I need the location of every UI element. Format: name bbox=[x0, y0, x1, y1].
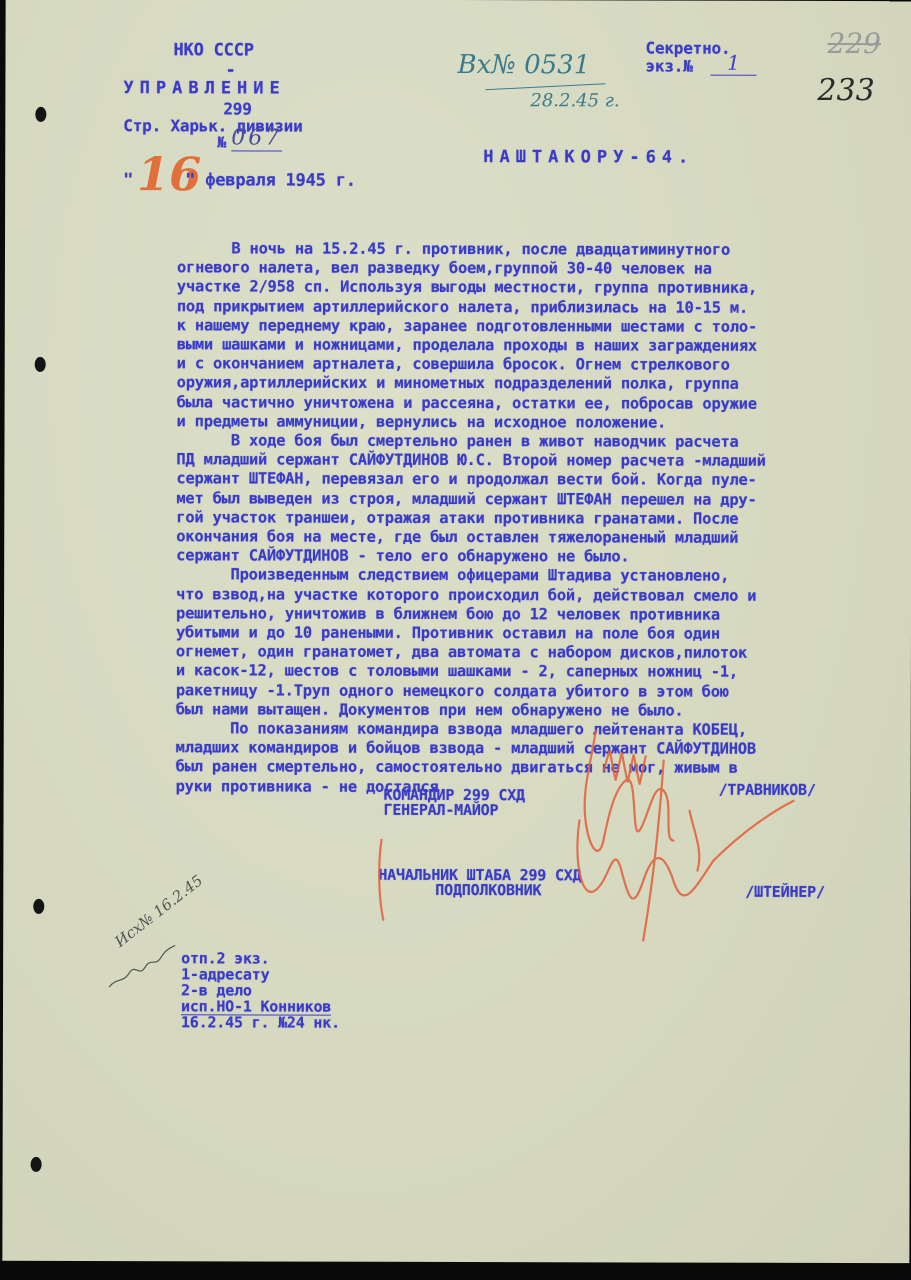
body-line: что взвод,на участке которого происходил… bbox=[176, 585, 765, 606]
incoming-date: 28.2.45 г. bbox=[530, 90, 619, 111]
punch-hole-4 bbox=[31, 1157, 42, 1172]
body-line: под прикрытием артиллерийского налета, п… bbox=[177, 297, 766, 318]
copy-2: 2-в дело bbox=[181, 983, 252, 998]
incoming-underline bbox=[485, 83, 605, 90]
body-line: Произведенным следствием офицерами Штади… bbox=[176, 566, 765, 587]
body-line: был нами вытащен. Документов при нем обн… bbox=[176, 700, 765, 721]
copy-number: 1 bbox=[710, 51, 756, 76]
body-line: ПД младший сержант САЙФУТДИНОВ Ю.С. Втор… bbox=[176, 450, 765, 471]
registration: 16.2.45 г. №24 нк. bbox=[181, 1015, 340, 1030]
body-line: убитыми и до 10 ранеными. Противник оста… bbox=[176, 623, 765, 644]
body-line: была частично уничтожена и рассеяна, ост… bbox=[177, 393, 766, 414]
signature-block: КОМАНДИР 299 СХД ГЕНЕРАЛ-МАЙОР /ТРАВНИКО… bbox=[6, 0, 911, 1]
punch-hole-2 bbox=[35, 357, 46, 372]
dept-name: УПРАВЛЕНИЕ bbox=[123, 79, 285, 99]
body-text: В ночь на 15.2.45 г. противник, после дв… bbox=[176, 239, 767, 797]
doc-number-handwritten: 067 bbox=[231, 125, 282, 151]
body-line: В ходе боя был смертельно ранен в живот … bbox=[176, 431, 765, 452]
body-line: ракетницу -1.Труп одного немецкого солда… bbox=[176, 681, 765, 702]
body-line: и с окончанием артналета, совершила брос… bbox=[177, 354, 766, 375]
header-right: Секретно. экз.№ 1 bbox=[6, 0, 911, 1]
org-name: НКО СССР bbox=[173, 41, 253, 60]
body-line: мет был выведен из строя, младший сержан… bbox=[176, 489, 765, 510]
body-line: оружия,артиллерийских и минометных подра… bbox=[177, 374, 766, 395]
date-quote: " bbox=[123, 171, 133, 190]
body-line: к нашему переднему краю, заранее подгото… bbox=[177, 316, 766, 337]
body-line: и касок-12, шестов с толовыми шашками - … bbox=[176, 662, 765, 683]
copy-1: 1-адресату bbox=[181, 967, 269, 982]
margin-scribble bbox=[103, 937, 183, 997]
incoming-number: Вх№ 0531 bbox=[457, 50, 590, 80]
page-number-crossed: 229 bbox=[827, 27, 881, 60]
body-line: гой участок траншеи, отражая атаки проти… bbox=[176, 508, 765, 529]
body-line: окончания боя на месте, где был оставлен… bbox=[176, 527, 765, 548]
body-line: сержант ШТЕФАН, перевязал его и продолжа… bbox=[176, 470, 765, 491]
body-line: сержант САЙФУТДИНОВ - тело его обнаружен… bbox=[176, 547, 765, 568]
addressee: НАШТАКОРУ-64. bbox=[483, 148, 694, 168]
header-left: НКО СССР - УПРАВЛЕНИЕ 299 Стр. Харьк. ди… bbox=[6, 0, 911, 1]
body-line: участке 2/958 сп. Используя выгоды местн… bbox=[177, 278, 766, 299]
incoming-registration: Вх№ 0531 28.2.45 г. bbox=[6, 0, 911, 1]
red-signatures bbox=[363, 720, 824, 951]
page-number: 233 bbox=[817, 73, 874, 108]
body-line: и предметы аммуниции, вернулись на исход… bbox=[177, 412, 766, 433]
footer-block: отп.2 экз. 1-адресату 2-в дело исп.НО-1 … bbox=[6, 0, 911, 1]
punch-hole-3 bbox=[33, 899, 44, 914]
copy-label: экз.№ bbox=[645, 56, 692, 75]
punch-hole-1 bbox=[35, 107, 46, 122]
body-line: выми шашками и ножницами, проделала прох… bbox=[177, 335, 766, 356]
date-month-year: " февраля 1945 г. bbox=[185, 171, 356, 191]
document-page: НКО СССР - УПРАВЛЕНИЕ 299 Стр. Харьк. ди… bbox=[2, 0, 911, 1263]
body-line: В ночь на 15.2.45 г. противник, после дв… bbox=[177, 239, 766, 260]
doc-number-label: № bbox=[217, 133, 226, 152]
body-line: огневого налета, вел разведку боем,групп… bbox=[177, 258, 766, 279]
body-line: огнемет, один гранатомет, два автомата с… bbox=[176, 643, 765, 664]
body-line: решительно, уничтожив в ближнем бою до 1… bbox=[176, 604, 765, 625]
copies-count: отп.2 экз. bbox=[181, 951, 269, 966]
